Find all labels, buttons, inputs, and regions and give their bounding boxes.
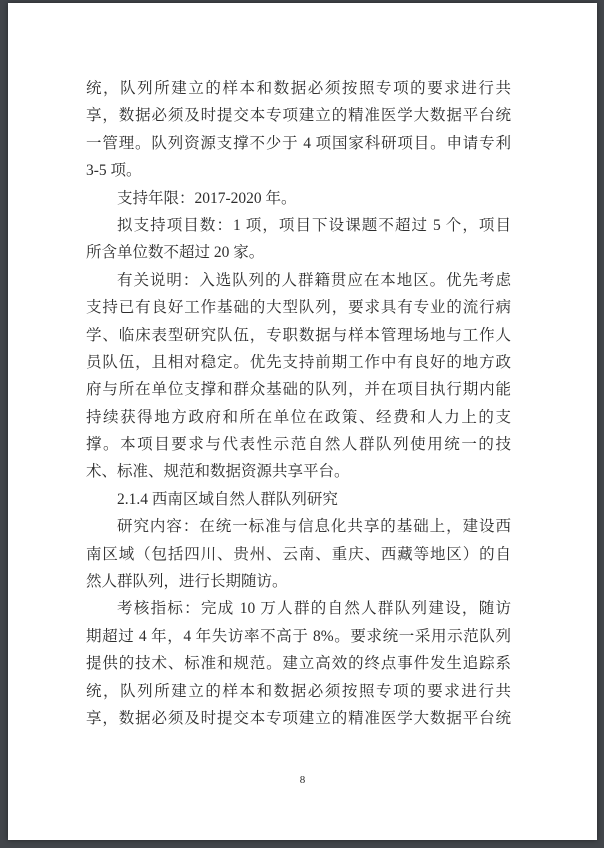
text-line: 支持已有良好工作基础的大型队列，要求具有专业的流行病	[86, 294, 511, 321]
document-page: 统，队列所建立的样本和数据必须按照专项的要求进行共享，数据必须及时提交本专项建立…	[8, 3, 597, 840]
text-line: 考核指标：完成 10 万人群的自然人群队列建设，随访	[86, 595, 511, 622]
text-line: 享，数据必须及时提交本专项建立的精准医学大数据平台统	[86, 705, 511, 732]
page-number: 8	[8, 773, 597, 787]
text-line: 拟支持项目数：1 项，项目下设课题不超过 5 个，项目	[86, 212, 511, 239]
text-line: 持续获得地方政府和所在单位在政策、经费和人力上的支	[86, 404, 511, 431]
text-line: 术、标准、规范和数据资源共享平台。	[86, 458, 511, 485]
text-line: 然人群队列，进行长期随访。	[86, 568, 511, 595]
text-line: 3-5 项。	[86, 157, 511, 184]
text-line: 研究内容：在统一标准与信息化共享的基础上，建设西	[86, 513, 511, 540]
text-line: 所含单位数不超过 20 家。	[86, 239, 511, 266]
document-lines: 统，队列所建立的样本和数据必须按照专项的要求进行共享，数据必须及时提交本专项建立…	[86, 75, 511, 732]
text-line: 统，队列所建立的样本和数据必须按照专项的要求进行共	[86, 75, 511, 102]
text-line: 期超过 4 年，4 年失访率不高于 8%。要求统一采用示范队列	[86, 623, 511, 650]
text-line: 南区域（包括四川、贵州、云南、重庆、西藏等地区）的自	[86, 541, 511, 568]
text-line: 一管理。队列资源支撑不少于 4 项国家科研项目。申请专利	[86, 130, 511, 157]
text-line: 学、临床表型研究队伍，专职数据与样本管理场地与工作人	[86, 322, 511, 349]
text-line: 享，数据必须及时提交本专项建立的精准医学大数据平台统	[86, 102, 511, 129]
text-line: 有关说明：入选队列的人群籍贯应在本地区。优先考虑	[86, 267, 511, 294]
text-line: 府与所在单位支撑和群众基础的队列，并在项目执行期内能	[86, 376, 511, 403]
text-line: 统，队列所建立的样本和数据必须按照专项的要求进行共	[86, 678, 511, 705]
text-line: 提供的技术、标准和规范。建立高效的终点事件发生追踪系	[86, 650, 511, 677]
viewer-background: { "colors": { "frame": "#42454a", "paper…	[0, 0, 604, 848]
text-line: 员队伍，且相对稳定。优先支持前期工作中有良好的地方政	[86, 349, 511, 376]
text-line: 支持年限：2017-2020 年。	[86, 185, 511, 212]
section-heading-line: 2.1.4 西南区域自然人群队列研究	[86, 486, 511, 513]
text-line: 撑。本项目要求与代表性示范自然人群队列使用统一的技	[86, 431, 511, 458]
